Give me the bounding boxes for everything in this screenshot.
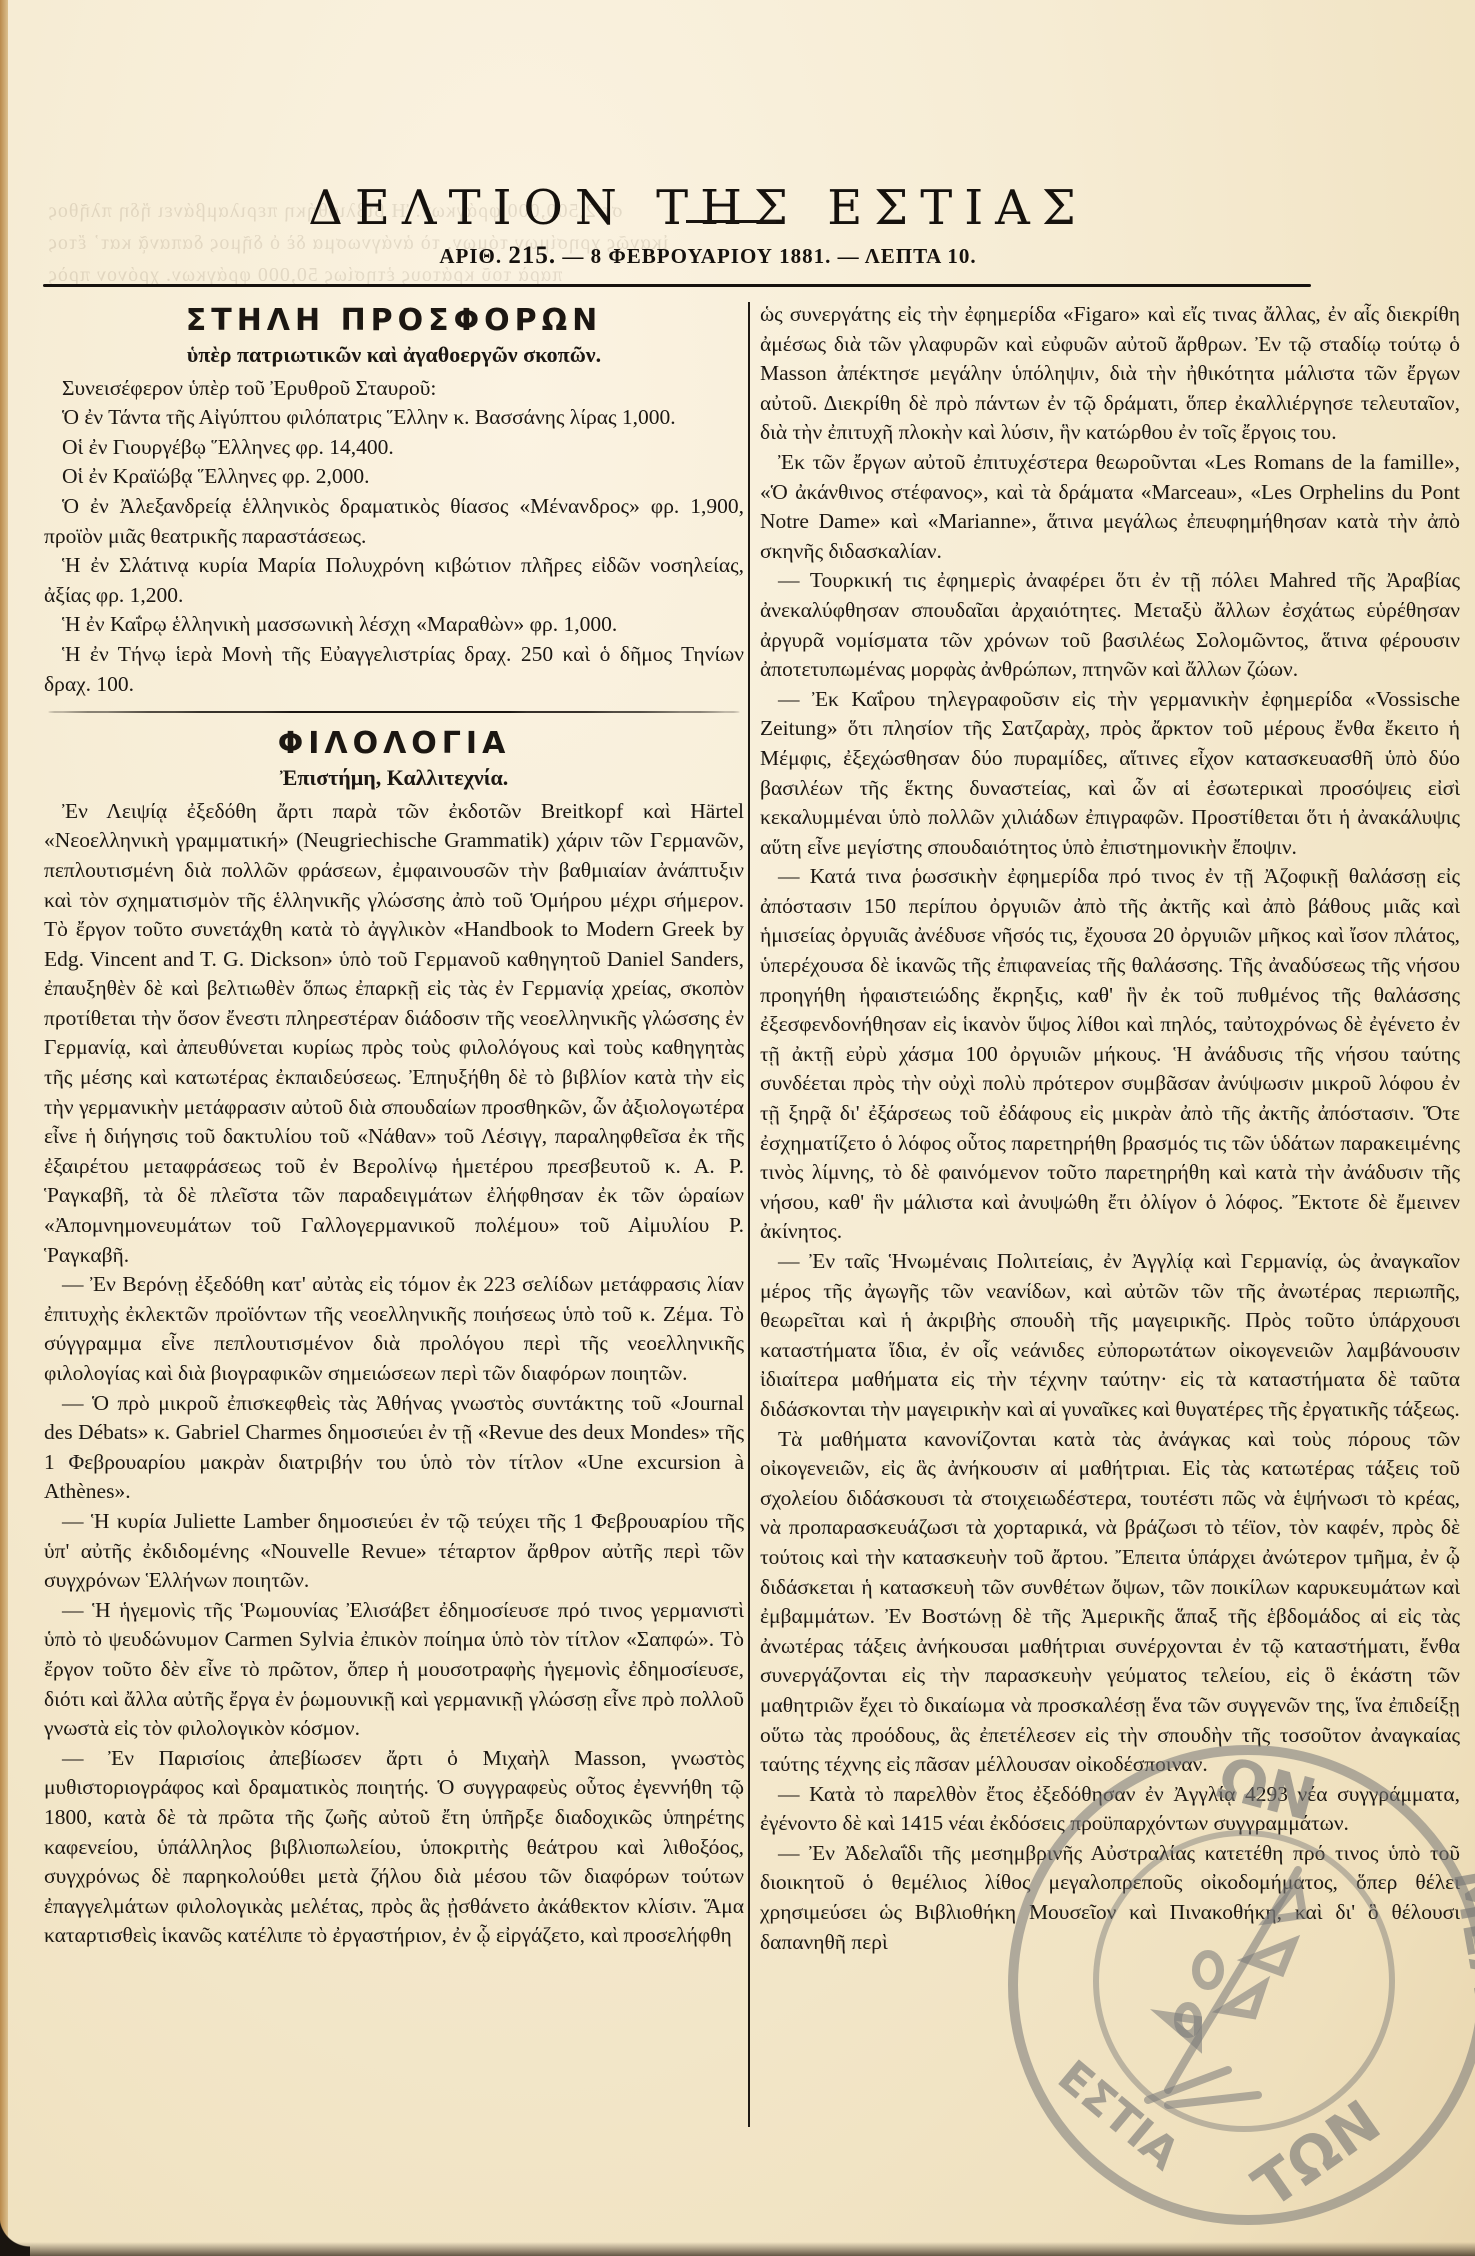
page-binding-edge	[0, 0, 8, 2256]
offer-entry: Ὁ ἐν Τάντα τῆς Αἰγύπτου φιλόπατρις Ἕλλην…	[44, 403, 744, 433]
article-paragraph: ὡς συνεργάτης εἰς τὴν ἐφημερίδα «Figaro»…	[760, 300, 1460, 448]
page-corner-shadow	[0, 2216, 30, 2256]
masthead: ΔΕΛΤΙΟΝ ΤΗΣ ΕΣΤΙΑΣ ΑΡΙΘ. 215. — 8 ΦΕΒΡΟΥ…	[8, 0, 1475, 295]
section-divider	[48, 711, 740, 713]
offer-entry: Οἱ ἐν Γιουργέβῳ Ἕλληνες φρ. 14,400.	[44, 433, 744, 463]
article-paragraph: — Ἐν Βερόνῃ ἐξεδόθη κατ' αὐτὰς εἰς τόμον…	[44, 1270, 744, 1388]
philology-section-subtitle: Ἐπιστήμη, Καλλιτεχνία.	[44, 763, 744, 793]
offers-intro: Συνεισέφερον ὑπὲρ τοῦ Ἐρυθροῦ Σταυροῦ:	[44, 374, 744, 404]
article-paragraph: — Ὁ πρὸ μικροῦ ἐπισκεφθεὶς τὰς Ἀθήνας γν…	[44, 1389, 744, 1507]
article-paragraph: — Ἡ ἡγεμονὶς τῆς Ῥωμουνίας Ἐλισάβετ ἐδημ…	[44, 1596, 744, 1744]
philology-section-title: ΦΙΛΟΛΟΓΙΑ	[44, 727, 744, 761]
offer-entry: Ἡ ἐν Καΐρῳ ἑλληνικὴ μασσωνικὴ λέσχη «Μαρ…	[44, 610, 744, 640]
offers-section-subtitle: ὑπὲρ πατριωτικῶν καὶ ἀγαθοεργῶν σκοπῶν.	[44, 340, 744, 370]
right-column: ὡς συνεργάτης εἰς τὴν ἐφημερίδα «Figaro»…	[760, 300, 1460, 1957]
offer-entry: Ἡ ἐν Τήνῳ ἱερὰ Μονὴ τῆς Εὐαγγελιστρίας δ…	[44, 640, 744, 699]
article-paragraph: — Κατὰ τὸ παρελθὸν ἔτος ἐξεδόθησαν ἐν Ἀγ…	[760, 1780, 1460, 1839]
offer-entry: Ὁ ἐν Ἀλεξανδρείᾳ ἑλληνικὸς δραματικὸς θί…	[44, 492, 744, 551]
article-paragraph: Ἐκ τῶν ἔργων αὐτοῦ ἐπιτυχέστερα θεωροῦντ…	[760, 448, 1460, 566]
oak-branch-icon	[1128, 1850, 1348, 2110]
article-paragraph: — Ἐν Παρισίοις ἀπεβίωσεν ἄρτι ὁ Μιχαὴλ M…	[44, 1744, 744, 1951]
article-paragraph: — Ἡ κυρία Juliette Lamber δημοσιεύει ἐν …	[44, 1507, 744, 1596]
article-paragraph: — Κατά τινα ῥωσσικὴν ἐφημερίδα πρό τινος…	[760, 862, 1460, 1247]
newspaper-title: ΔΕΛΤΙΟΝ ΤΗΣ ΕΣΤΙΑΣ	[198, 180, 1198, 236]
issue-date: — 8 ΦΕΒΡΟΥΑΡΙΟΥ 1881.	[562, 244, 831, 268]
article-paragraph: — Ἐκ Καΐρου τηλεγραφοῦσιν εἰς τὴν γερμαν…	[760, 685, 1460, 863]
article-paragraph: — Ἐν ταῖς Ἡνωμέναις Πολιτείαις, ἐν Ἀγγλί…	[760, 1247, 1460, 1425]
offers-section: ΣΤΗΛΗ ΠΡΟΣΦΟΡΩΝ ὑπὲρ πατριωτικῶν καὶ ἀγα…	[44, 304, 744, 699]
title-ornament-rule	[686, 220, 776, 223]
offer-entry: Ἡ ἐν Σλάτινᾳ κυρία Μαρία Πολυχρόνη κιβώτ…	[44, 551, 744, 610]
left-column: ΣΤΗΛΗ ΠΡΟΣΦΟΡΩΝ ὑπὲρ πατριωτικῶν καὶ ἀγα…	[44, 300, 744, 1951]
article-paragraph: Ἐν Λειψίᾳ ἐξεδόθη ἄρτι παρὰ τῶν ἐκδοτῶν …	[44, 797, 744, 1271]
issue-line: ΑΡΙΘ. 215. — 8 ΦΕΒΡΟΥΑΡΙΟΥ 1881. — ΛΕΠΤΑ…	[308, 242, 1108, 270]
article-paragraph: Τὰ μαθήματα κανονίζονται κατὰ τὰς ἀνάγκα…	[760, 1425, 1460, 1780]
page-bottom-shadow	[0, 2242, 1475, 2256]
offers-section-title: ΣΤΗΛΗ ΠΡΟΣΦΟΡΩΝ	[44, 304, 744, 338]
newspaper-page: στ 2,500,000 φράγκων. Ἡ βιβλιοθήκη περιλ…	[8, 0, 1475, 2256]
issue-number: 215.	[508, 242, 556, 269]
article-paragraph: — Τουρκική τις ἐφημερὶς ἀναφέρει ὅτι ἐν …	[760, 566, 1460, 684]
issue-price: — ΛΕΠΤΑ 10.	[838, 244, 977, 268]
masthead-divider	[43, 284, 1311, 287]
philology-section: ΦΙΛΟΛΟΓΙΑ Ἐπιστήμη, Καλλιτεχνία. Ἐν Λειψ…	[44, 727, 744, 1951]
offer-entry: Οἱ ἐν Κραϊώβᾳ Ἕλληνες φρ. 2,000.	[44, 462, 744, 492]
issue-prefix: ΑΡΙΘ.	[439, 244, 502, 268]
column-divider	[748, 302, 750, 2127]
